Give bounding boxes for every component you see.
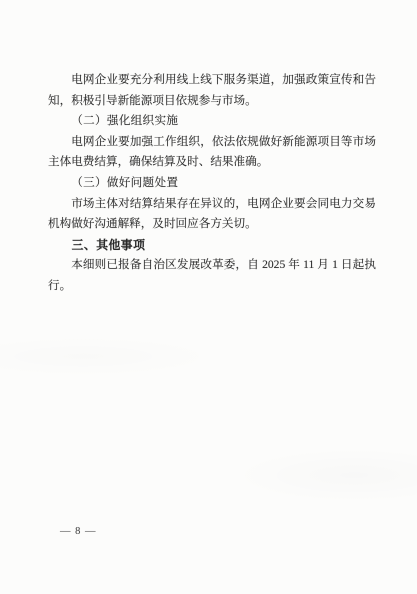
body-paragraph: 电网企业要加强工作组织，依法依规做好新能源项目等市场主体电费结算，确保结算及时、…: [48, 132, 376, 173]
subheading-3: （三）做好问题处置: [48, 173, 376, 194]
page-number: — 8 —: [60, 526, 97, 537]
body-paragraph: 市场主体对结算结果存在异议的，电网企业要会同电力交易机构做好沟通解释，及时回应各…: [48, 194, 376, 235]
body-paragraph: 电网企业要充分利用线上线下服务渠道，加强政策宣传和告知，积极引导新能源项目依规参…: [48, 70, 376, 111]
document-text-block: 电网企业要充分利用线上线下服务渠道，加强政策宣传和告知，积极引导新能源项目依规参…: [48, 70, 376, 297]
section-heading-other-matters: 三、其他事项: [48, 235, 376, 256]
subheading-2: （二）强化组织实施: [48, 111, 376, 132]
scanned-document-page: 电网企业要充分利用线上线下服务渠道，加强政策宣传和告知，积极引导新能源项目依规参…: [0, 0, 417, 594]
body-paragraph: 本细则已报备自治区发展改革委，自 2025 年 11 月 1 日起执行。: [48, 255, 376, 296]
